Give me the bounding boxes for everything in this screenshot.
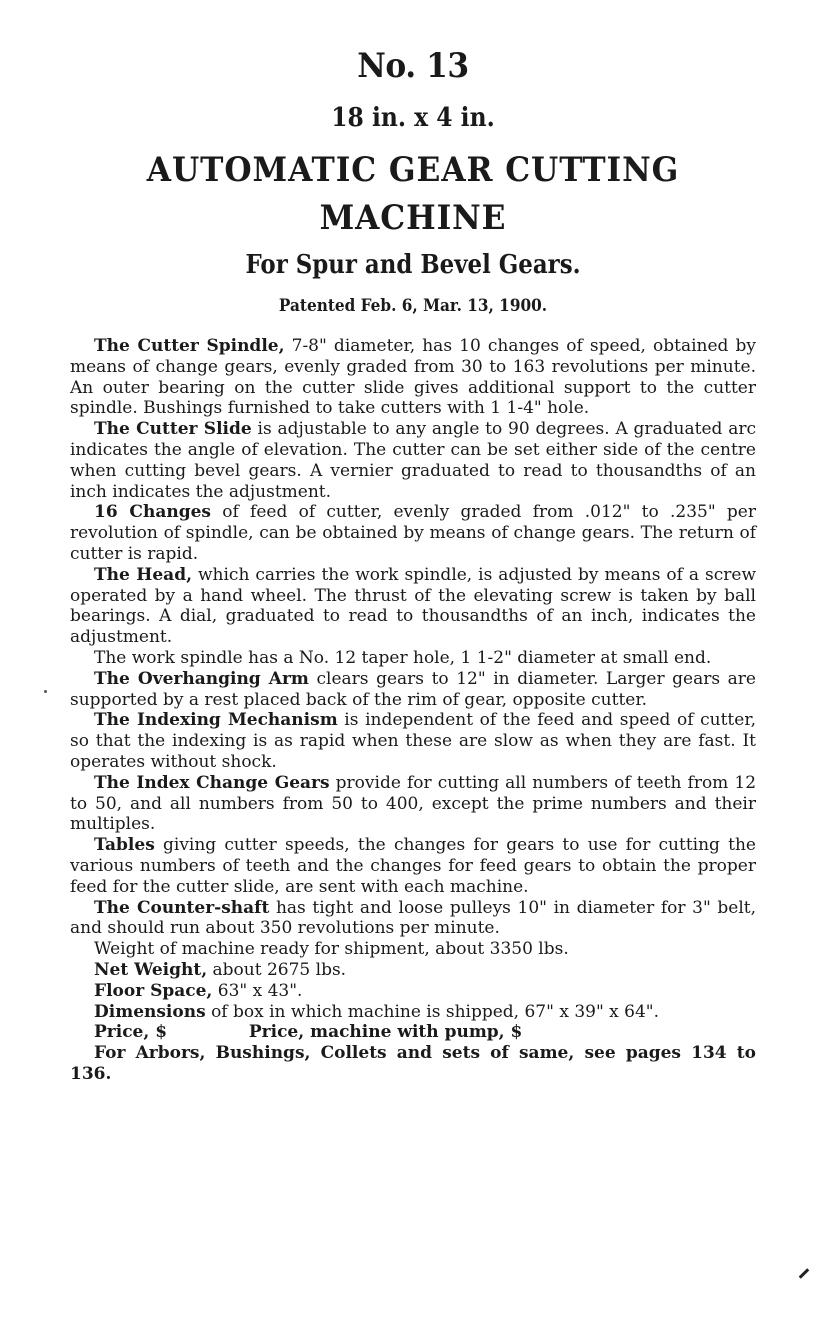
spec-text: of box in which machine is shipped, 67" … — [206, 1002, 659, 1022]
specifications-body: The Cutter Spindle, 7-8" diameter, has 1… — [70, 336, 756, 1085]
spec-paragraph: Net Weight, about 2675 lbs. — [70, 960, 756, 981]
spec-lead: Dimensions — [94, 1002, 206, 1022]
spec-paragraph: Dimensions of box in which machine is sh… — [70, 1002, 756, 1023]
spec-paragraph: 16 Changes of feed of cutter, evenly gra… — [70, 502, 756, 564]
spec-paragraph: Floor Space, 63" x 43". — [70, 981, 756, 1002]
spec-lead: The Head, — [94, 565, 192, 585]
price-with-pump-label: Price, machine with pump, $ — [249, 1022, 522, 1042]
spec-paragraph: The Head, which carries the work spindle… — [70, 565, 756, 648]
spec-paragraph: The Index Change Gears provide for cutti… — [70, 773, 756, 835]
spec-text: The work spindle has a No. 12 taper hole… — [94, 648, 711, 668]
price-label: Price, $ — [94, 1022, 167, 1042]
spec-lead: Floor Space, — [94, 981, 212, 1001]
spec-lead: The Index Change Gears — [94, 773, 330, 793]
title-line-1: AUTOMATIC GEAR CUTTING — [97, 146, 728, 194]
spec-text: about 2675 lbs. — [207, 960, 346, 980]
spec-paragraph: The work spindle has a No. 12 taper hole… — [70, 648, 756, 669]
spec-paragraph: The Overhanging Arm clears gears to 12" … — [70, 669, 756, 711]
patent-dates: Patented Feb. 6, Mar. 13, 1900. — [104, 294, 721, 318]
spec-paragraph: The Cutter Spindle, 7-8" diameter, has 1… — [70, 336, 756, 419]
catalog-page: No. 13 18 in. x 4 in. AUTOMATIC GEAR CUT… — [70, 40, 756, 1085]
spec-paragraph: The Counter-shaft has tight and loose pu… — [70, 898, 756, 940]
spec-text: Weight of machine ready for shipment, ab… — [94, 939, 569, 959]
spec-text: 63" x 43". — [212, 981, 302, 1001]
spec-paragraph: Tables giving cutter speeds, the changes… — [70, 835, 756, 897]
machine-size: 18 in. x 4 in. — [104, 100, 721, 136]
spec-lead: The Indexing Mechanism — [94, 710, 338, 730]
title-line-2: MACHINE — [97, 194, 728, 242]
spec-text: giving cutter speeds, the changes for ge… — [70, 835, 756, 897]
scan-speck — [44, 690, 47, 693]
accessories-note: For Arbors, Bushings, Collets and sets o… — [70, 1043, 756, 1085]
spec-lead: The Cutter Spindle, — [94, 336, 285, 356]
spec-paragraph: The Cutter Slide is adjustable to any an… — [70, 419, 756, 502]
price-line: Price, $ Price, machine with pump, $ — [70, 1022, 756, 1043]
spec-lead: The Counter-shaft — [94, 898, 269, 918]
machine-number: No. 13 — [97, 46, 728, 86]
spec-lead: The Overhanging Arm — [94, 669, 309, 689]
spec-lead: Tables — [94, 835, 155, 855]
page-title: AUTOMATIC GEAR CUTTING MACHINE — [97, 146, 728, 242]
spec-lead: The Cutter Slide — [94, 419, 252, 439]
specification-paragraphs: The Cutter Spindle, 7-8" diameter, has 1… — [70, 336, 756, 1022]
subtitle: For Spur and Bevel Gears. — [111, 248, 715, 282]
spec-paragraph: Weight of machine ready for shipment, ab… — [70, 939, 756, 960]
spec-lead: Net Weight, — [94, 960, 207, 980]
scan-mark — [799, 1268, 810, 1279]
spec-lead: 16 Changes — [94, 502, 211, 522]
spec-paragraph: The Indexing Mechanism is independent of… — [70, 710, 756, 772]
